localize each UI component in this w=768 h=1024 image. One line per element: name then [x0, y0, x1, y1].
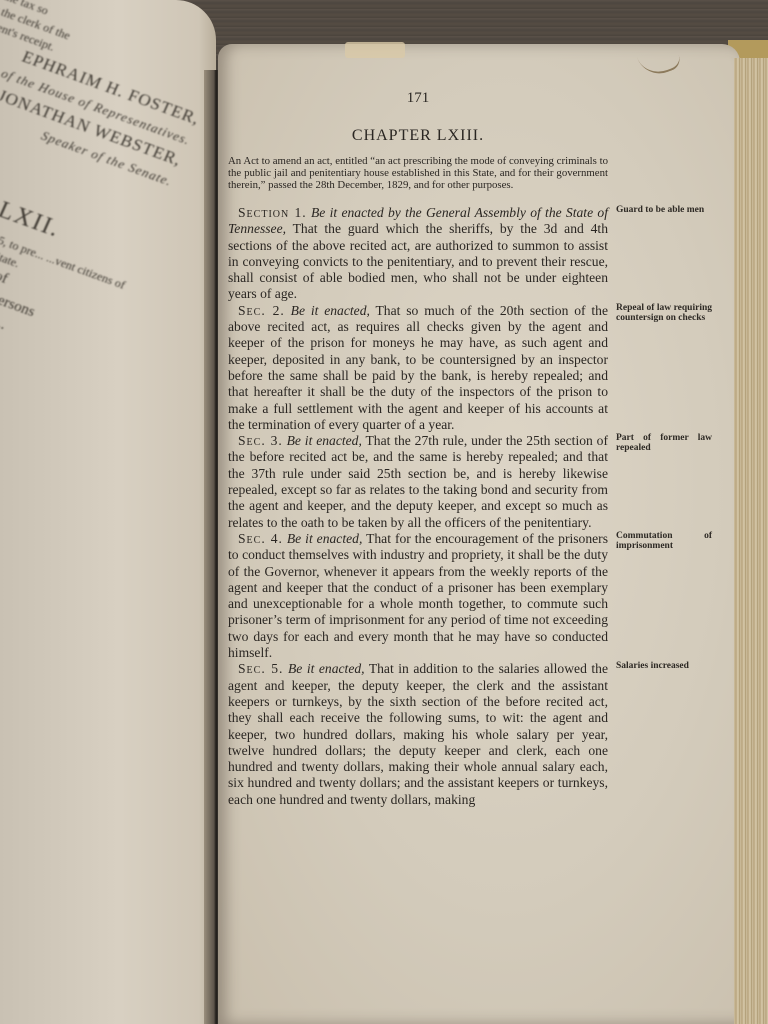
section-5: Sec. 5. Be it enacted, That in addition … — [228, 661, 608, 808]
act-title: An Act to amend an act, entitled “an act… — [228, 155, 608, 191]
section-lead: Sec. 5. — [228, 661, 283, 676]
section-1: Section 1. Be it enacted by the General … — [228, 205, 608, 303]
left-page-text: ...ment, upon such person pro- ...that a… — [0, 0, 216, 812]
section-2: Sec. 2. Be it enacted, That so much of t… — [228, 303, 608, 433]
margin-note: Repeal of law requiring countersign on c… — [616, 303, 712, 323]
section-text: That in addition to the salaries allowed… — [228, 661, 608, 806]
enacting-clause: Be it enacted, — [291, 303, 370, 318]
margin-note: Part of former law repealed — [616, 433, 712, 453]
left-page: ...ment, upon such person pro- ...that a… — [0, 0, 216, 1024]
section-4: Sec. 4. Be it enacted, That for the enco… — [228, 531, 608, 661]
page-number: 171 — [228, 90, 608, 107]
enacting-clause: Be it enacted, — [288, 661, 365, 676]
section-lead: Sec. 2. — [228, 303, 285, 318]
section-lead: Sec. 4. — [228, 531, 283, 546]
section-text: That the 27th rule, under the 25th secti… — [228, 433, 608, 529]
section-lead: Section 1. — [228, 205, 307, 220]
section-lead: Sec. 3. — [228, 433, 283, 448]
enacting-clause: Be it enacted, — [287, 433, 362, 448]
section-text: That for the encouragement of the prison… — [228, 531, 608, 660]
margin-note: Salaries increased — [616, 661, 712, 671]
margin-note: Guard to be able men — [616, 205, 712, 215]
page-edges — [734, 58, 768, 1024]
page-repair-tape — [345, 42, 405, 58]
margin-note: Commutation of imprisonment — [616, 531, 712, 551]
right-page-content: 171 CHAPTER LXIII. An Act to amend an ac… — [228, 90, 608, 808]
section-3: Sec. 3. Be it enacted, That the 27th rul… — [228, 433, 608, 531]
chapter-title: CHAPTER LXIII. — [228, 127, 608, 145]
enacting-clause: Be it enacted, — [287, 531, 362, 546]
section-text: That so much of the 20th section of the … — [228, 303, 608, 432]
